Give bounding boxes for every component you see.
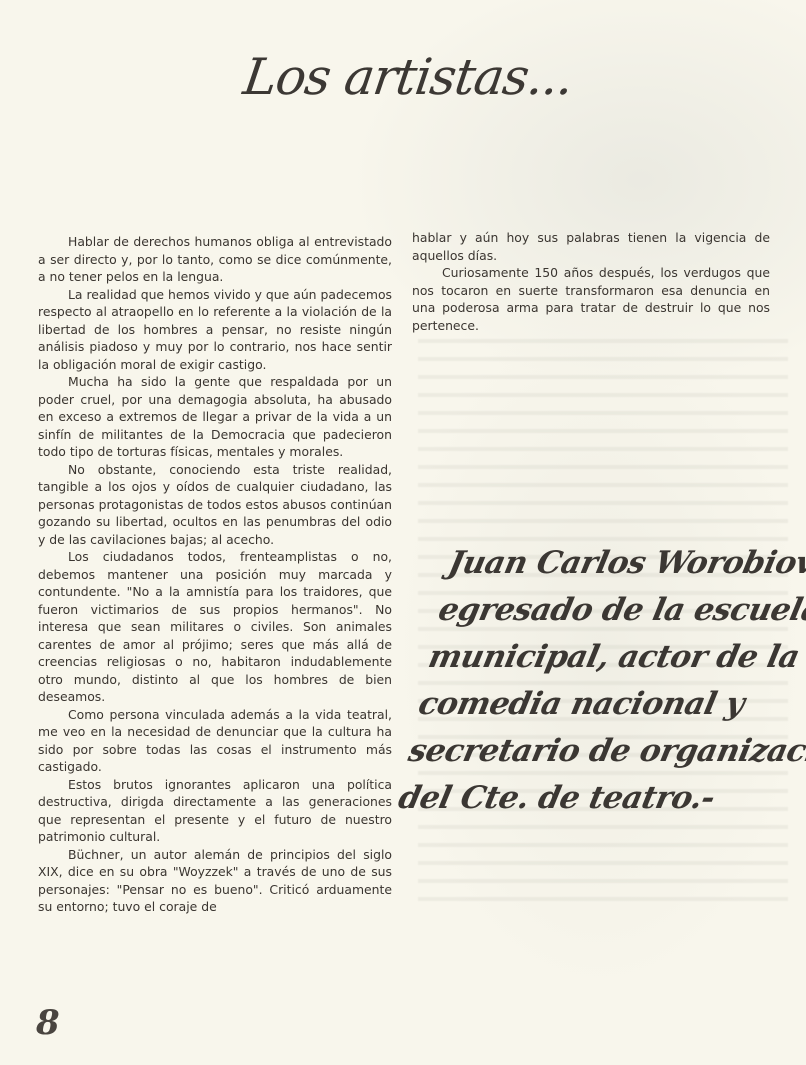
- paragraph: Estos brutos ignorantes aplicaron una po…: [38, 776, 392, 846]
- paragraph: Hablar de derechos humanos obliga al ent…: [38, 233, 392, 286]
- page-number: 8: [36, 1003, 60, 1043]
- paragraph: Los ciudadanos todos, frenteamplistas o …: [38, 548, 392, 706]
- signature-line: del Cte. de teatro.-: [394, 775, 764, 822]
- paragraph: Curiosamente 150 años después, los verdu…: [412, 264, 770, 334]
- paragraph: No obstante, conociendo esta triste real…: [38, 461, 392, 549]
- paragraph: La realidad que hemos vivido y que aún p…: [38, 286, 392, 374]
- right-column: hablar y aún hoy sus palabras tienen la …: [412, 229, 770, 334]
- signature-name: Juan Carlos Worobiov: [444, 540, 806, 587]
- paragraph: Büchner, un autor alemán de principios d…: [38, 846, 392, 916]
- magazine-page: Los artistas... Hablar de derechos human…: [0, 0, 806, 1065]
- handwritten-title: Los artistas...: [240, 48, 577, 106]
- left-column: Hablar de derechos humanos obliga al ent…: [38, 233, 392, 916]
- signature-line: municipal, actor de la: [424, 634, 794, 681]
- signature-line: secretario de organización: [404, 728, 774, 775]
- signature-line: comedia nacional y: [414, 681, 784, 728]
- paragraph: Como persona vinculada además a la vida …: [38, 706, 392, 776]
- paragraph-continuation: hablar y aún hoy sus palabras tienen la …: [412, 229, 770, 264]
- handwritten-signature-block: Juan Carlos Worobiov egresado de la escu…: [394, 540, 806, 822]
- signature-line: egresado de la escuela: [434, 587, 804, 634]
- paragraph: Mucha ha sido la gente que respaldada po…: [38, 373, 392, 461]
